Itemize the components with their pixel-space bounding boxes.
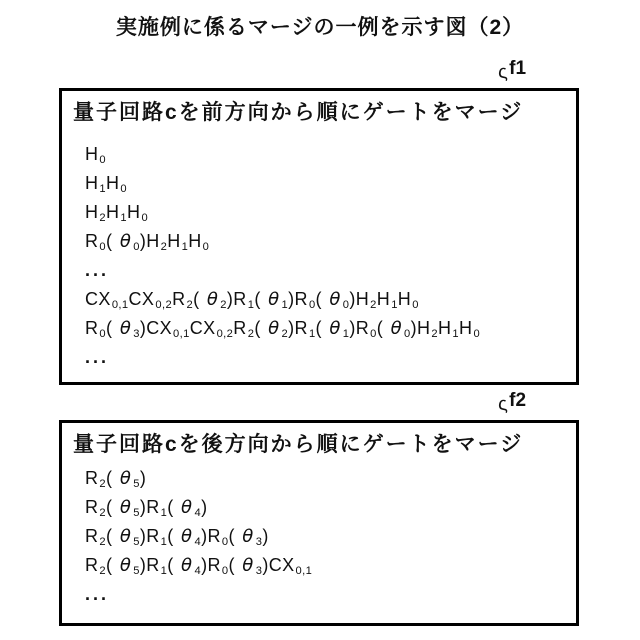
merge-sequence-line: R0( θ3)CX0,1CX0,2R2( θ2)R1( θ1)R0( θ0)H2… [85, 314, 570, 343]
merge-sequence-line: H2H1H0 [85, 198, 570, 227]
reference-curl-icon: ς [497, 395, 508, 415]
panel-forward-merge-header: 量子回路cを前方向から順にゲートをマージ [62, 91, 576, 126]
merge-sequence-line: CX0,1CX0,2R2( θ2)R1( θ1)R0( θ0)H2H1H0 [85, 285, 570, 314]
ref-label-f1-text: f1 [509, 59, 526, 78]
ref-label-f2: ς f2 [498, 391, 526, 410]
ref-label-f1: ς f1 [498, 59, 526, 78]
reference-curl-icon: ς [497, 63, 508, 83]
merge-sequence-line: R2( θ5)R1( θ4)R0( θ3) [85, 522, 570, 551]
patent-figure-canvas: 実施例に係るマージの一例を示す図（2） ς f1 量子回路cを前方向から順にゲー… [0, 0, 640, 640]
merge-sequence-line: ... [85, 256, 570, 285]
panel-backward-merge-body: R2( θ5)R2( θ5)R1( θ4)R2( θ5)R1( θ4)R0( θ… [62, 458, 576, 609]
ref-label-f2-text: f2 [509, 391, 526, 410]
figure-title: 実施例に係るマージの一例を示す図（2） [0, 11, 640, 41]
merge-sequence-line: R2( θ5)R1( θ4) [85, 493, 570, 522]
merge-sequence-line: R2( θ5)R1( θ4)R0( θ3)CX0,1 [85, 551, 570, 580]
merge-sequence-line: H0 [85, 140, 570, 169]
merge-sequence-line: R0( θ0)H2H1H0 [85, 227, 570, 256]
merge-sequence-line: H1H0 [85, 169, 570, 198]
panel-backward-merge-header: 量子回路cを後方向から順にゲートをマージ [62, 423, 576, 458]
panel-forward-merge-body: H0H1H0H2H1H0R0( θ0)H2H1H0...CX0,1CX0,2R2… [62, 126, 576, 372]
panel-forward-merge: 量子回路cを前方向から順にゲートをマージ H0H1H0H2H1H0R0( θ0)… [59, 88, 579, 385]
merge-sequence-line: ... [85, 343, 570, 372]
merge-sequence-line: ... [85, 580, 570, 609]
panel-backward-merge: 量子回路cを後方向から順にゲートをマージ R2( θ5)R2( θ5)R1( θ… [59, 420, 579, 626]
merge-sequence-line: R2( θ5) [85, 464, 570, 493]
